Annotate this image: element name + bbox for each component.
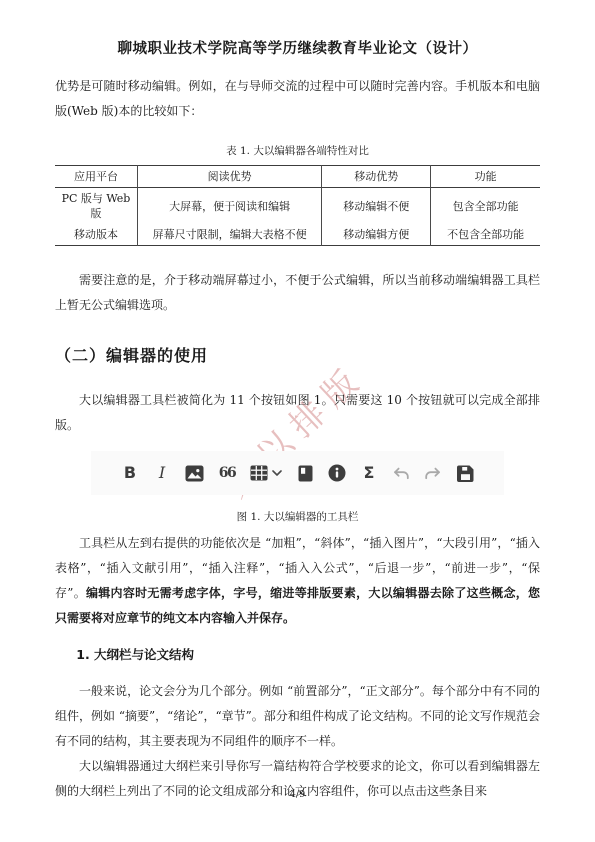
paragraph-formula-note: 需要注意的是，介于移动端屏幕过小，不便于公式编辑，所以当前移动端编辑器工具栏上暂…: [55, 268, 540, 318]
figure-toolbar: B I 66: [55, 451, 540, 524]
figure-caption: 图 1. 大以编辑器的工具栏: [55, 510, 540, 524]
table-cell: 包含全部功能: [431, 188, 540, 225]
insert-image-button[interactable]: [185, 461, 204, 485]
paragraph-mobile-edit: 优势是可随时移动编辑。例如，在与导师交流的过程中可以随时完善内容。手机版本和电脑…: [55, 74, 540, 124]
table-header-platform: 应用平台: [55, 166, 137, 188]
undo-button[interactable]: [392, 461, 410, 485]
book-icon: [298, 465, 313, 482]
save-button[interactable]: [456, 461, 474, 485]
bold-button[interactable]: B: [121, 461, 139, 485]
paragraph-thesis-structure: 一般来说，论文会分为几个部分。例如 “前置部分”，“正文部分”。每个部分中有不同…: [55, 679, 540, 754]
insert-footnote-button[interactable]: [328, 461, 346, 485]
page-content: 聊城职业技术学院高等学历继续教育毕业论文（设计） 优势是可随时移动编辑。例如，在…: [55, 38, 540, 804]
table-header-features: 功能: [431, 166, 540, 188]
undo-icon: [392, 466, 410, 481]
italic-icon: I: [159, 465, 165, 481]
chevron-down-icon: [272, 470, 282, 476]
insert-formula-button[interactable]: Σ: [360, 461, 378, 485]
table-icon: [250, 465, 268, 481]
paragraph-toolbar-description: 工具栏从左到右提供的功能依次是 “加粗”，“斜体”，“插入图片”，“大段引用”，…: [55, 531, 540, 631]
table-row: 移动版本 屏幕尺寸限制，编辑大表格不便 移动编辑方便 不包含全部功能: [55, 224, 540, 246]
table-row: PC 版与 Web 版 大屏幕，便于阅读和编辑 移动编辑不便 包含全部功能: [55, 188, 540, 225]
editor-toolbar: B I 66: [91, 451, 504, 495]
bold-icon: B: [124, 465, 136, 481]
toolbar-description-bold: 编辑内容时无需考虑字体，字号，缩进等排版要素，大以编辑器去除了这些概念，您只需要…: [55, 586, 540, 625]
table-caption: 表 1. 大以编辑器各端特性对比: [55, 144, 540, 158]
redo-icon: [424, 466, 442, 481]
redo-button[interactable]: [424, 461, 442, 485]
table-cell: 屏幕尺寸限制，编辑大表格不便: [137, 224, 321, 246]
sigma-icon: Σ: [364, 465, 375, 481]
blockquote-button[interactable]: 66: [218, 461, 236, 485]
page-number: 4/9: [0, 789, 595, 800]
section-heading-editor-usage: （二）编辑器的使用: [55, 345, 540, 367]
page-header-title: 聊城职业技术学院高等学历继续教育毕业论文（设计）: [55, 38, 540, 60]
blockquote-icon: 66: [219, 465, 235, 481]
table-header-reading: 阅读优势: [137, 166, 321, 188]
save-icon: [457, 465, 474, 482]
insert-table-button[interactable]: [250, 461, 282, 485]
table-cell: 移动版本: [55, 224, 137, 246]
image-icon: [185, 465, 204, 482]
italic-button[interactable]: I: [153, 461, 171, 485]
feature-comparison-table: 应用平台 阅读优势 移动优势 功能 PC 版与 Web 版 大屏幕，便于阅读和编…: [55, 165, 540, 246]
table-cell: 移动编辑方便: [322, 224, 431, 246]
table-cell: 移动编辑不便: [322, 188, 431, 225]
insert-citation-button[interactable]: [296, 461, 314, 485]
table-cell: PC 版与 Web 版: [55, 188, 137, 225]
document-page: 大以排版 聊城职业技术学院高等学历继续教育毕业论文（设计） 优势是可随时移动编辑…: [0, 0, 595, 842]
paragraph-toolbar-intro: 大以编辑器工具栏被简化为 11 个按钮如图 1。只需要这 10 个按钮就可以完成…: [55, 388, 540, 438]
subsection-heading-outline: 1. 大纲栏与论文结构: [55, 646, 540, 664]
table-header-row: 应用平台 阅读优势 移动优势 功能: [55, 166, 540, 188]
table-header-mobility: 移动优势: [322, 166, 431, 188]
table-cell: 大屏幕，便于阅读和编辑: [137, 188, 321, 225]
table-cell: 不包含全部功能: [431, 224, 540, 246]
info-icon: [328, 464, 346, 482]
